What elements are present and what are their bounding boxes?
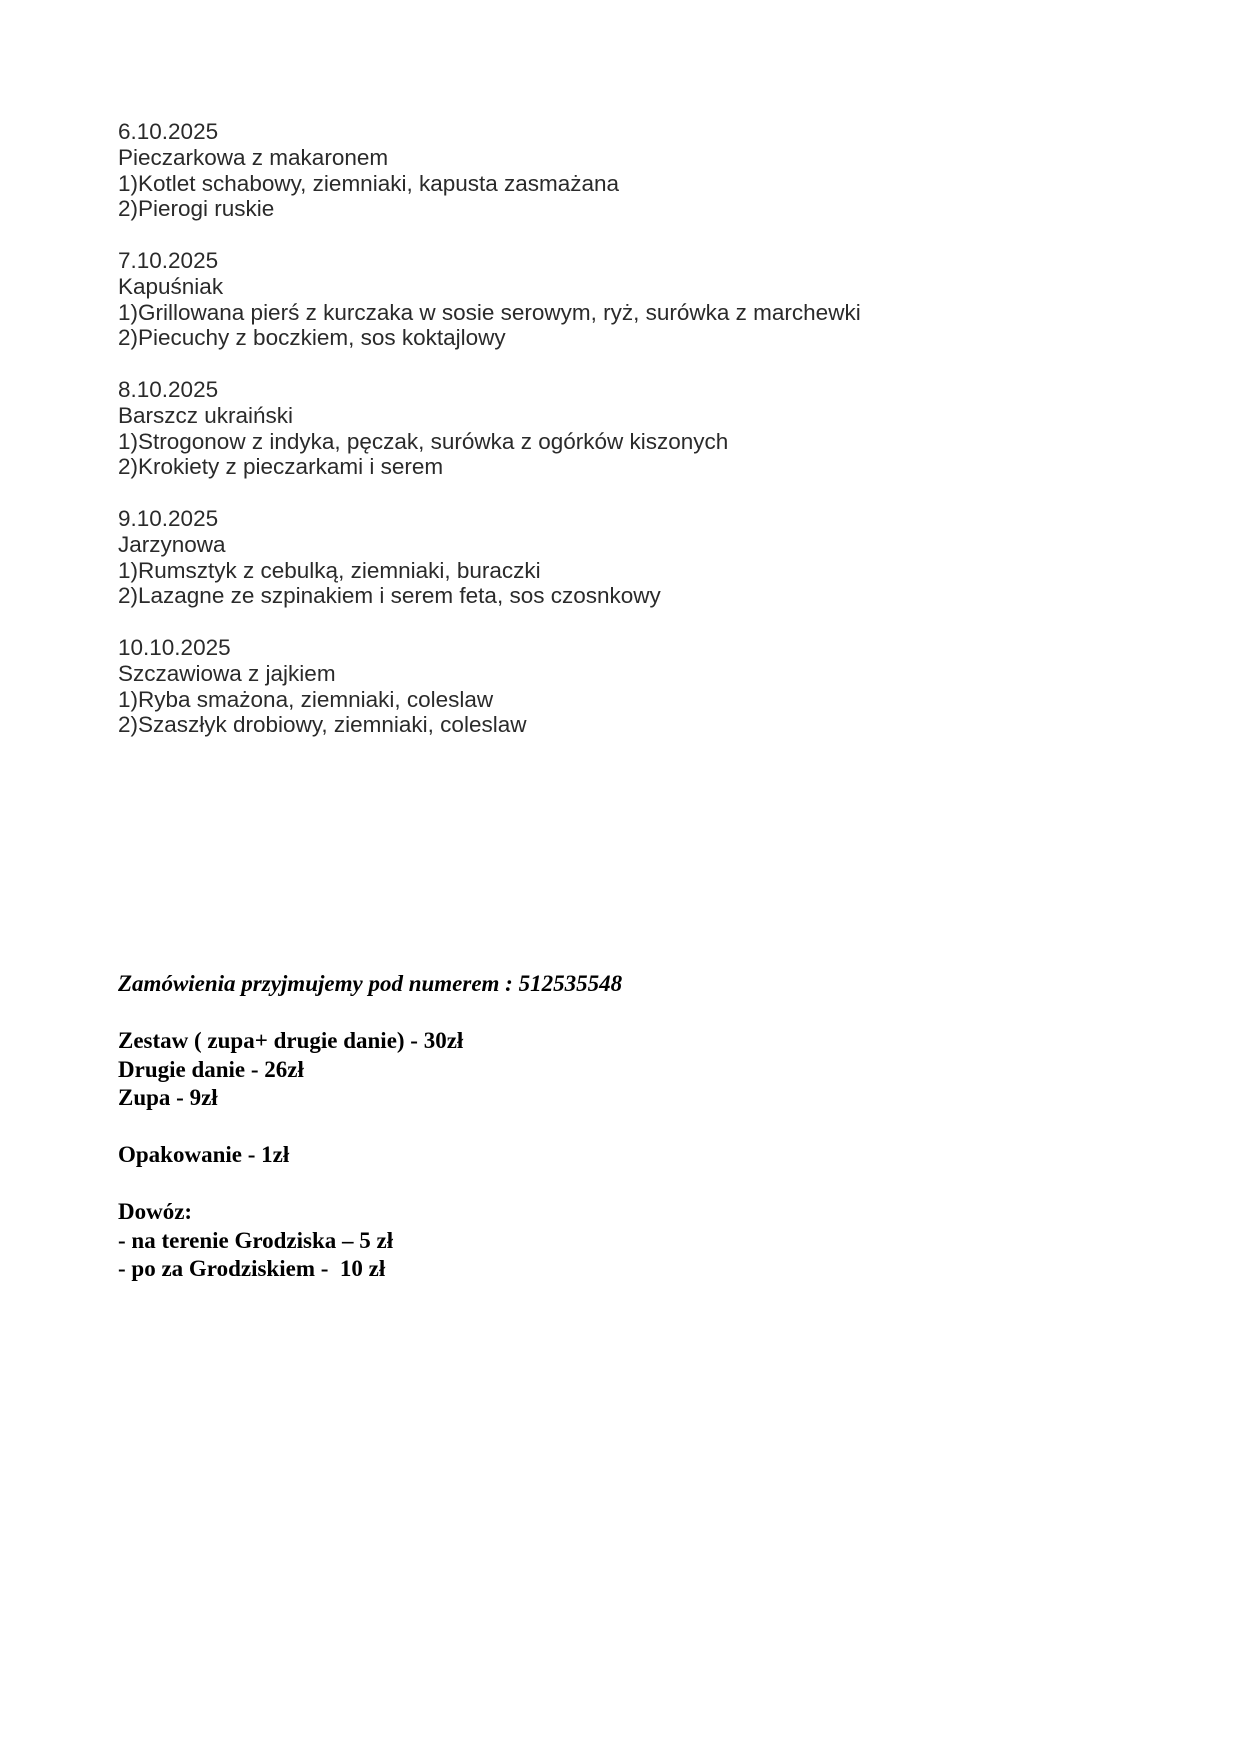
menu-day: 6.10.2025 Pieczarkowa z makaronem 1)Kotl…: [118, 119, 861, 222]
day-dish-1: 1)Ryba smażona, ziemniaki, coleslaw: [118, 687, 861, 713]
day-date: 6.10.2025: [118, 119, 861, 145]
price-soup: Zupa - 9zł: [118, 1084, 622, 1113]
order-info: Zamówienia przyjmujemy pod numerem : 512…: [118, 970, 622, 1284]
delivery-outside: - po za Grodziskiem - 10 zł: [118, 1255, 622, 1284]
day-dish-2: 2)Szaszłyk drobiowy, ziemniaki, coleslaw: [118, 712, 861, 738]
day-soup: Barszcz ukraiński: [118, 403, 861, 429]
delivery-local: - na terenie Grodziska – 5 zł: [118, 1227, 622, 1256]
delivery-title: Dowóz:: [118, 1198, 622, 1227]
day-dish-1: 1)Grillowana pierś z kurczaka w sosie se…: [118, 300, 861, 326]
day-date: 10.10.2025: [118, 635, 861, 661]
day-dish-1: 1)Rumsztyk z cebulką, ziemniaki, buraczk…: [118, 558, 861, 584]
day-dish-2: 2)Pierogi ruskie: [118, 196, 861, 222]
packaging-price: Opakowanie - 1zł: [118, 1141, 622, 1170]
day-dish-2: 2)Lazagne ze szpinakiem i serem feta, so…: [118, 583, 861, 609]
spacer: [118, 1170, 622, 1199]
day-dish-2: 2)Krokiety z pieczarkami i serem: [118, 454, 861, 480]
day-dish-2: 2)Piecuchy z boczkiem, sos koktajlowy: [118, 325, 861, 351]
day-soup: Jarzynowa: [118, 532, 861, 558]
day-soup: Kapuśniak: [118, 274, 861, 300]
day-soup: Pieczarkowa z makaronem: [118, 145, 861, 171]
menu-day: 10.10.2025 Szczawiowa z jajkiem 1)Ryba s…: [118, 635, 861, 738]
menu-day: 9.10.2025 Jarzynowa 1)Rumsztyk z cebulką…: [118, 506, 861, 609]
weekly-menu: 6.10.2025 Pieczarkowa z makaronem 1)Kotl…: [118, 119, 861, 764]
document-page: 6.10.2025 Pieczarkowa z makaronem 1)Kotl…: [0, 0, 1240, 1755]
menu-day: 8.10.2025 Barszcz ukraiński 1)Strogonow …: [118, 377, 861, 480]
day-date: 7.10.2025: [118, 248, 861, 274]
spacer: [118, 1113, 622, 1142]
day-date: 9.10.2025: [118, 506, 861, 532]
order-phone-line: Zamówienia przyjmujemy pod numerem : 512…: [118, 970, 622, 999]
price-set: Zestaw ( zupa+ drugie danie) - 30zł: [118, 1027, 622, 1056]
day-dish-1: 1)Strogonow z indyka, pęczak, surówka z …: [118, 429, 861, 455]
day-dish-1: 1)Kotlet schabowy, ziemniaki, kapusta za…: [118, 171, 861, 197]
price-main-dish: Drugie danie - 26zł: [118, 1056, 622, 1085]
day-soup: Szczawiowa z jajkiem: [118, 661, 861, 687]
day-date: 8.10.2025: [118, 377, 861, 403]
menu-day: 7.10.2025 Kapuśniak 1)Grillowana pierś z…: [118, 248, 861, 351]
